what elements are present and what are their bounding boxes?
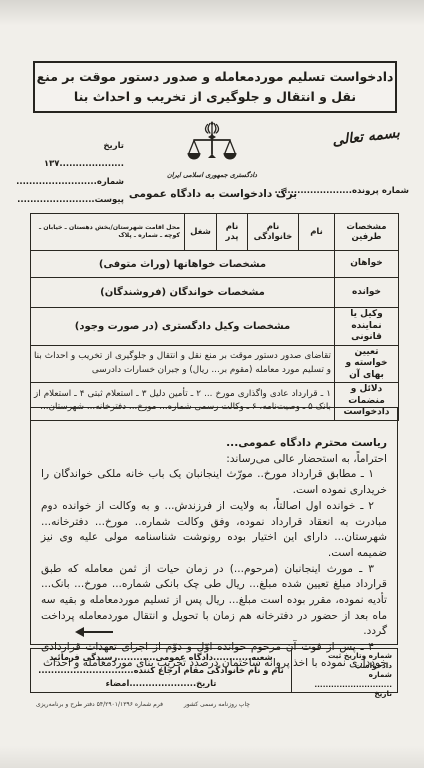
table-row-defendant: خوانده مشخصات خواندگان (فروشندگان) bbox=[31, 278, 399, 308]
table-row-claim: تعیین خواسته و بهای آن تقاضای صدور دستور… bbox=[31, 345, 399, 383]
print-footer: چاپ روزنامه رسمی کشور فرم شماره ۵۴/۲۹۰۱/… bbox=[36, 701, 250, 708]
registration-title: شماره وتاریخ ثبت دادخواست bbox=[297, 651, 392, 670]
document-title-line1: دادخواست تسلیم موردمعامله و صدور دستور م… bbox=[35, 67, 395, 87]
column-header-name: نام bbox=[299, 214, 335, 251]
row-value-attorney: مشخصات وکیل دادگستری (در صورت وجود) bbox=[31, 308, 335, 346]
besmele-calligraphy: بسمه تعالی bbox=[323, 124, 408, 150]
row-label-claim: تعیین خواسته و بهای آن bbox=[335, 345, 399, 383]
row-label-attorney: وکیل یا نماینده قانونی bbox=[335, 308, 399, 346]
column-header-surname: نام خانوادگی bbox=[248, 214, 299, 251]
date-number-attachment-block: تاریخ ....................۱۳۷ شماره.....… bbox=[30, 137, 124, 209]
referral-officer-line: نام و نام خانوادگی مقام ارجاع کننده.....… bbox=[31, 664, 291, 677]
referral-cell: شعبه............دادگاه عمومی............… bbox=[31, 649, 291, 692]
attachment-field: پیوست........................ bbox=[30, 191, 124, 209]
number-field: شماره......................... bbox=[30, 173, 124, 191]
registration-number-label: شماره bbox=[297, 670, 392, 680]
registration-cell: شماره وتاریخ ثبت دادخواست شماره ........… bbox=[291, 649, 397, 692]
row-value-claim: تقاضای صدور دستور موقت بر منع نقل و انتق… bbox=[31, 345, 335, 383]
justice-scales-icon bbox=[186, 120, 238, 178]
referral-branch-line: شعبه............دادگاه عمومی............… bbox=[31, 651, 291, 664]
emblem-caption: دادگستری جمهوری اسلامی ایران bbox=[148, 171, 276, 179]
document-title-line2: نقل و انتقال و جلوگیری از تخریب و احداث … bbox=[35, 87, 395, 107]
date-field: تاریخ ....................۱۳۷ bbox=[30, 137, 124, 173]
table-row-plaintiff: خواهان مشخصات خواهانها (وراث متوفی) bbox=[31, 251, 399, 278]
referral-date-signature-line: تاریخ.....................امضاء bbox=[31, 677, 291, 690]
parties-table: مشخصات طرفین نام نام خانوادگی نام پدر شغ… bbox=[30, 213, 399, 421]
table-header-row: مشخصات طرفین نام نام خانوادگی نام پدر شغ… bbox=[31, 214, 399, 251]
document-title-box: دادخواست تسلیم موردمعامله و صدور دستور م… bbox=[33, 61, 397, 113]
column-header-father-name: نام پدر bbox=[217, 214, 248, 251]
column-header-occupation: شغل bbox=[185, 214, 217, 251]
form-title: برگ دادخواست به دادگاه عمومی bbox=[118, 188, 308, 200]
intro-line: احتراماً، به استحضار عالی می‌رساند: bbox=[41, 452, 387, 468]
column-header-residence: محل اقامت شهرستان/بخش دهستان ـ خیابان ـ … bbox=[31, 214, 185, 251]
salutation: ریاست محترم دادگاه عمومی... bbox=[41, 436, 387, 452]
petition-paragraph-1: ۱ ـ مطابق قرارداد مورخ.. مورّث اینجانبان… bbox=[41, 467, 387, 498]
petition-paragraph-2: ۲ ـ خوانده اول اصالتاً، به ولایت از فرزن… bbox=[41, 499, 387, 562]
scan-shadow-top bbox=[0, 0, 424, 26]
row-label-defendant: خوانده bbox=[335, 278, 399, 308]
petition-body-box: ریاست محترم دادگاه عمومی... احتراماً، به… bbox=[30, 407, 398, 645]
scan-shadow-bottom bbox=[0, 746, 424, 768]
continuation-arrow-icon bbox=[75, 627, 113, 637]
row-label-plaintiff: خواهان bbox=[335, 251, 399, 278]
column-header-parties: مشخصات طرفین bbox=[335, 214, 399, 251]
table-row-attorney: وکیل یا نماینده قانونی مشخصات وکیل دادگس… bbox=[31, 308, 399, 346]
print-footer-printer: چاپ روزنامه رسمی کشور bbox=[184, 701, 250, 708]
registration-dots: ............................ bbox=[297, 680, 392, 690]
registration-referral-table: شماره وتاریخ ثبت دادخواست شماره ........… bbox=[30, 648, 398, 693]
registration-date-label: تاریخ bbox=[297, 689, 392, 699]
print-footer-form-number: فرم شماره ۵۴/۲۹۰۱/۱۳۹۶ دفتر طرح و برنامه… bbox=[36, 701, 163, 708]
row-value-plaintiff: مشخصات خواهانها (وراث متوفی) bbox=[31, 251, 335, 278]
row-value-defendant: مشخصات خواندگان (فروشندگان) bbox=[31, 278, 335, 308]
scanned-petition-form: دادخواست تسلیم موردمعامله و صدور دستور م… bbox=[0, 0, 424, 768]
